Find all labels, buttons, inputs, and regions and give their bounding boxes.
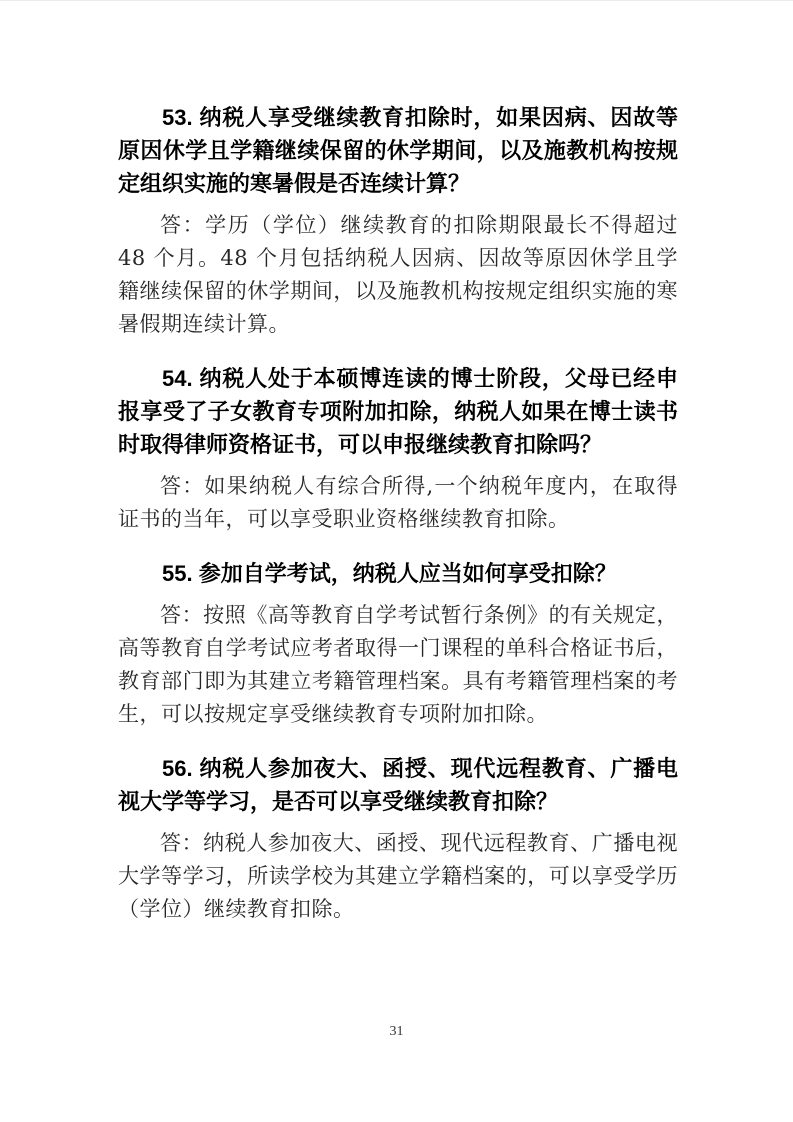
qa-item-53: 53. 纳税人享受继续教育扣除时，如果因病、因故等原因休学且学籍继续保留的休学期… bbox=[118, 101, 678, 341]
answer-53: 答：学历（学位）继续教育的扣除期限最长不得超过 48 个月。48 个月包括纳税人… bbox=[118, 209, 678, 341]
answer-54: 答：如果纳税人有综合所得,一个纳税年度内，在取得证书的当年，可以享受职业资格继续… bbox=[118, 470, 678, 536]
question-54: 54. 纳税人处于本硕博连读的博士阶段，父母已经申报享受了子女教育专项附加扣除，… bbox=[118, 362, 678, 461]
qa-item-55: 55. 参加自学考试，纳税人应当如何享受扣除？ 答：按照《高等教育自学考试暂行条… bbox=[118, 557, 678, 731]
qa-content: 53. 纳税人享受继续教育扣除时，如果因病、因故等原因休学且学籍继续保留的休学期… bbox=[118, 101, 678, 926]
page-number: 31 bbox=[0, 1024, 793, 1040]
qa-item-54: 54. 纳税人处于本硕博连读的博士阶段，父母已经申报享受了子女教育专项附加扣除，… bbox=[118, 362, 678, 536]
question-53: 53. 纳税人享受继续教育扣除时，如果因病、因故等原因休学且学籍继续保留的休学期… bbox=[118, 101, 678, 200]
document-page: 53. 纳税人享受继续教育扣除时，如果因病、因故等原因休学且学籍继续保留的休学期… bbox=[0, 0, 793, 1122]
answer-56: 答：纳税人参加夜大、函授、现代远程教育、广播电视大学等学习，所读学校为其建立学籍… bbox=[118, 827, 678, 926]
answer-55: 答：按照《高等教育自学考试暂行条例》的有关规定，高等教育自学考试应考者取得一门课… bbox=[118, 599, 678, 731]
question-56: 56. 纳税人参加夜大、函授、现代远程教育、广播电视大学等学习，是否可以享受继续… bbox=[118, 752, 678, 818]
question-55: 55. 参加自学考试，纳税人应当如何享受扣除？ bbox=[118, 557, 678, 590]
qa-item-56: 56. 纳税人参加夜大、函授、现代远程教育、广播电视大学等学习，是否可以享受继续… bbox=[118, 752, 678, 926]
